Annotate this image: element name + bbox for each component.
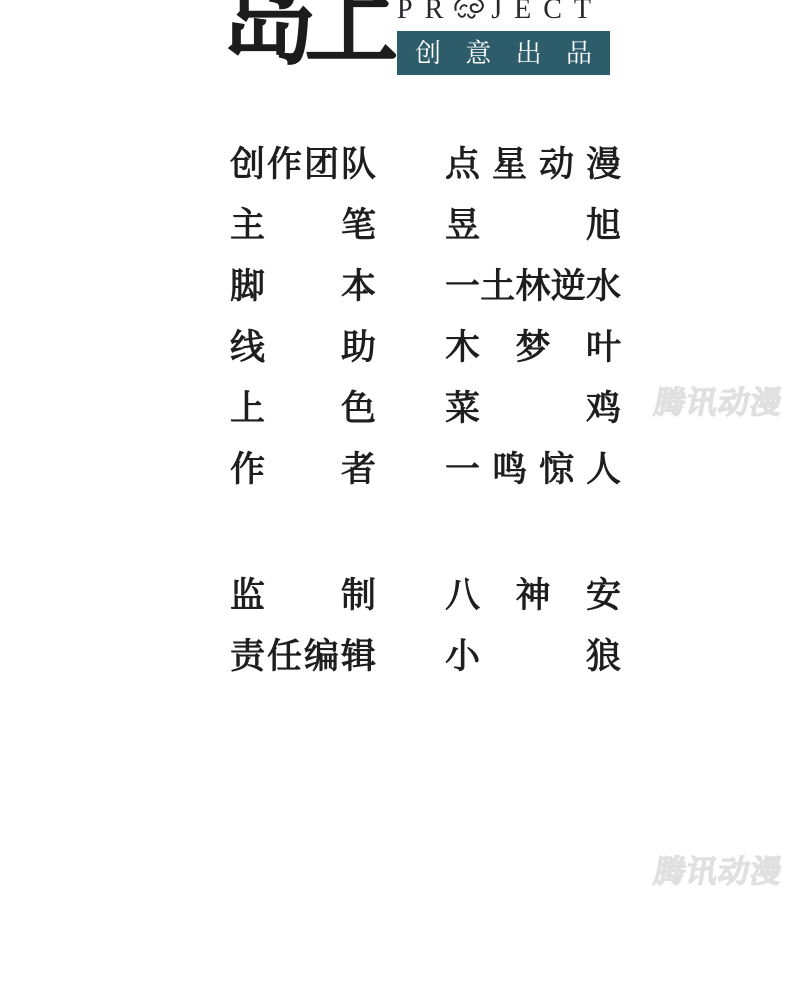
tencent-comics-watermark: 腾讯动漫 xyxy=(651,846,787,891)
credit-row: 上色 菜鸡 xyxy=(230,391,621,427)
credit-role: 创作团队 xyxy=(230,147,376,183)
credit-row: 创作团队 点星动漫 xyxy=(230,147,621,183)
credit-row: 作者 一鸣惊人 xyxy=(230,452,621,488)
credit-name: 昱旭 xyxy=(445,208,621,244)
credit-row: 线助 木梦叶 xyxy=(230,330,621,366)
credit-role: 线助 xyxy=(230,330,376,366)
logo-cjk-text: 岛上 xyxy=(222,0,387,72)
project-text-post: JECT xyxy=(491,0,603,24)
credit-name: 小狼 xyxy=(445,639,621,675)
credit-name: 菜鸡 xyxy=(445,391,621,427)
credit-role: 作者 xyxy=(230,452,376,488)
logo-wordmark: 岛上 xyxy=(222,0,406,76)
swirl-seal-icon xyxy=(449,0,487,29)
project-text-pre: PR xyxy=(397,0,455,24)
credit-role: 主笔 xyxy=(230,208,376,244)
credit-name: 点星动漫 xyxy=(445,147,621,183)
credit-name: 木梦叶 xyxy=(445,330,621,366)
credits-list: 创作团队 点星动漫 主笔 昱旭 脚本 一土林逆水 线助 木梦叶 上色 菜鸡 作者… xyxy=(230,147,621,700)
credit-name: 一鸣惊人 xyxy=(445,452,621,488)
credit-row: 脚本 一土林逆水 xyxy=(230,269,621,305)
credit-row: 责任编辑 小狼 xyxy=(230,639,621,675)
credit-role: 脚本 xyxy=(230,269,376,305)
credit-role: 责任编辑 xyxy=(230,639,376,675)
project-wordmark: PR JECT xyxy=(397,0,603,29)
comic-credits-page: 岛上 PR JECT 创意出品 创作团队 点星动漫 主笔 昱旭 脚本 一土林逆水 xyxy=(0,0,799,1000)
credit-name: 一土林逆水 xyxy=(445,269,621,305)
credit-row: 主笔 昱旭 xyxy=(230,208,621,244)
credit-role: 上色 xyxy=(230,391,376,427)
creative-production-banner: 创意出品 xyxy=(397,31,610,75)
tencent-comics-watermark: 腾讯动漫 xyxy=(651,377,787,422)
credit-row: 监制 八神安 xyxy=(230,578,621,614)
credit-role: 监制 xyxy=(230,578,376,614)
credit-name: 八神安 xyxy=(445,578,621,614)
